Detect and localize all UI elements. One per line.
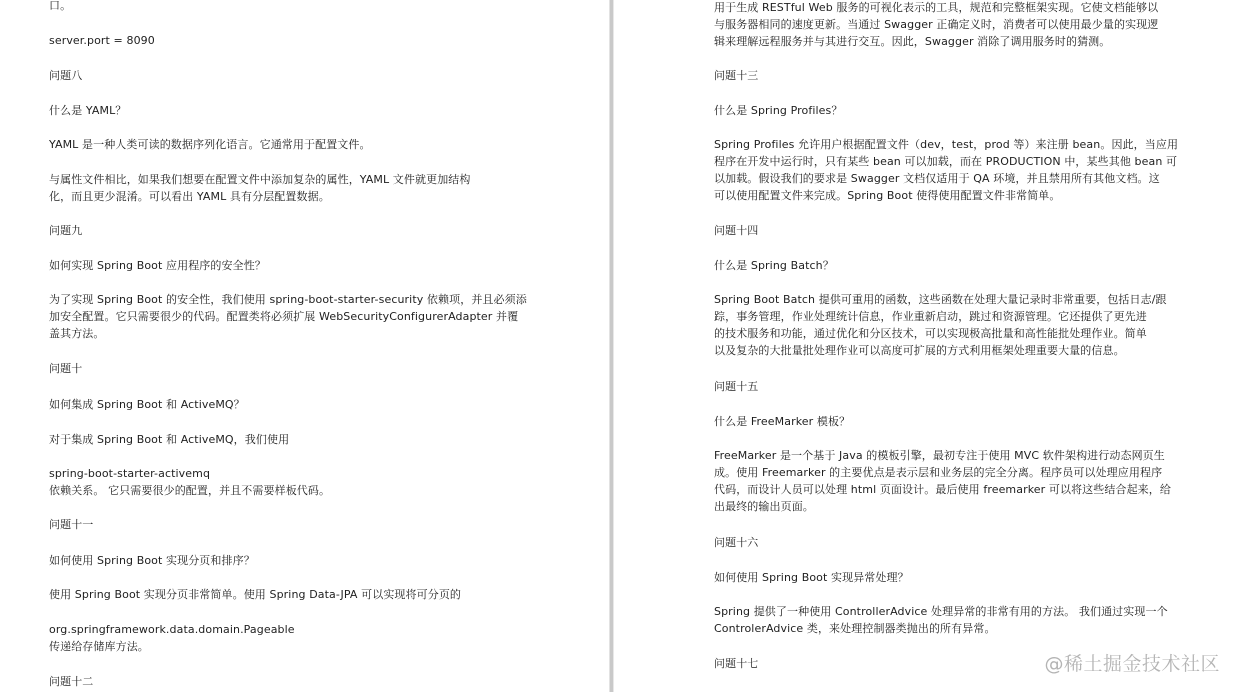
text-line: 与属性文件相比，如果我们想要在配置文件中添加复杂的属性，YAML 文件就更加结构 <box>49 171 471 188</box>
text-line: 可以使用配置文件来完成。Spring Boot 使得使用配置文件非常简单。 <box>714 187 1061 204</box>
text-line: 如何使用 Spring Boot 实现分页和排序？ <box>49 552 255 569</box>
text-line: Spring 提供了一种使用 ControllerAdvice 处理异常的非常有… <box>714 603 1168 620</box>
text-line: 的技术服务和功能，通过优化和分区技术，可以实现极高批量和高性能批处理作业。简单 <box>714 325 1147 342</box>
text-line: 辑来理解远程服务并与其进行交互。因此，Swagger 消除了调用服务时的猜测。 <box>714 33 1110 50</box>
text-line: Spring Boot Batch 提供可重用的函数，这些函数在处理大量记录时非… <box>714 291 1167 308</box>
text-line: 程序在开发中运行时，只有某些 bean 可以加载，而在 PRODUCTION 中… <box>714 153 1177 170</box>
text-line: 与服务器相同的速度更新。当通过 Swagger 正确定义时，消费者可以使用最少量… <box>714 16 1158 33</box>
text-line: 依赖关系。 它只需要很少的配置，并且不需要样板代码。 <box>49 482 330 499</box>
text-line: ControlerAdvice 类，来处理控制器类抛出的所有异常。 <box>714 620 996 637</box>
question-number-heading: 问题十一 <box>49 516 93 533</box>
text-line: 化，而且更少混淆。可以看出 YAML 具有分层配置数据。 <box>49 188 330 205</box>
text-line: FreeMarker 是一个基于 Java 的模板引擎，最初专注于使用 MVC … <box>714 447 1165 464</box>
text-line: 代码，而设计人员可以处理 html 页面设计。最后使用 freemarker 可… <box>714 481 1171 498</box>
text-line: 什么是 YAML？ <box>49 102 126 119</box>
text-line: 如何使用 Spring Boot 实现异常处理？ <box>714 569 909 586</box>
document-page-left: 口。server.port = 8090问题八什么是 YAML？YAML 是一种… <box>0 0 609 692</box>
text-line: Spring Profiles 允许用户根据配置文件（dev，test，prod… <box>714 136 1178 153</box>
watermark: @稀土掘金技术社区 <box>1044 649 1220 676</box>
text-line: 成。使用 Freemarker 的主要优点是表示层和业务层的完全分离。程序员可以… <box>714 464 1162 481</box>
question-number-heading: 问题十五 <box>714 378 758 395</box>
text-line: server.port = 8090 <box>49 32 155 49</box>
question-number-heading: 问题十二 <box>49 673 93 690</box>
question-number-heading: 问题十 <box>49 360 82 377</box>
question-number-heading: 问题十六 <box>714 534 758 551</box>
text-line: 使用 Spring Boot 实现分页非常简单。使用 Spring Data-J… <box>49 586 461 603</box>
text-line: 加安全配置。它只需要很少的代码。配置类将必须扩展 WebSecurityConf… <box>49 308 518 325</box>
text-line: 什么是 Spring Batch？ <box>714 257 834 274</box>
question-number-heading: 问题十三 <box>714 67 758 84</box>
text-line: 传递给存储库方法。 <box>49 638 149 655</box>
text-line: YAML 是一种人类可读的数据序列化语言。它通常用于配置文件。 <box>49 136 371 153</box>
text-line: spring-boot-starter-activemq <box>49 465 210 482</box>
text-line: 以及复杂的大批量批处理作业可以高度可扩展的方式利用框架处理重要大量的信息。 <box>714 342 1125 359</box>
text-line: 如何集成 Spring Boot 和 ActiveMQ？ <box>49 396 245 413</box>
document-page-right: 用于生成 RESTful Web 服务的可视化表示的工具，规范和完整框架实现。它… <box>614 0 1240 692</box>
text-line: 口。 <box>49 0 71 14</box>
question-number-heading: 问题九 <box>49 222 82 239</box>
question-number-heading: 问题十七 <box>714 655 758 672</box>
question-number-heading: 问题八 <box>49 67 82 84</box>
text-line: 以加载。假设我们的要求是 Swagger 文档仅适用于 QA 环境，并且禁用所有… <box>714 170 1160 187</box>
question-number-heading: 问题十四 <box>714 222 758 239</box>
text-line: org.springframework.data.domain.Pageable <box>49 621 295 638</box>
text-line: 踪，事务管理，作业处理统计信息，作业重新启动，跳过和资源管理。它还提供了更先进 <box>714 308 1147 325</box>
text-line: 出最终的输出页面。 <box>714 498 814 515</box>
text-line: 什么是 FreeMarker 模板？ <box>714 413 850 430</box>
text-line: 为了实现 Spring Boot 的安全性，我们使用 spring-boot-s… <box>49 291 527 308</box>
text-line: 什么是 Spring Profiles？ <box>714 102 842 119</box>
text-line: 如何实现 Spring Boot 应用程序的安全性？ <box>49 257 266 274</box>
text-line: 用于生成 RESTful Web 服务的可视化表示的工具，规范和完整框架实现。它… <box>714 0 1158 16</box>
text-line: 盖其方法。 <box>49 325 105 342</box>
text-line: 对于集成 Spring Boot 和 ActiveMQ，我们使用 <box>49 431 289 448</box>
